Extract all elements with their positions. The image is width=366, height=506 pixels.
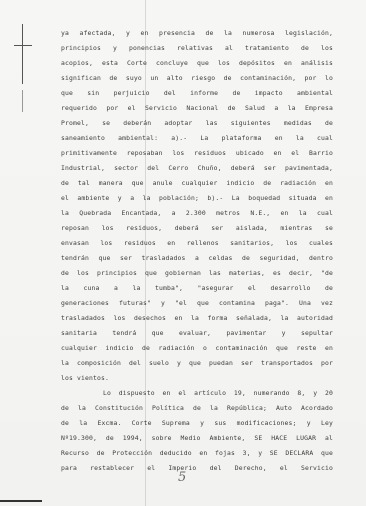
text-line: tendrán que ser trasladados a celdas de … [61, 251, 333, 266]
text-line: sanitaria tendrá que evaluar, pavimentar… [61, 326, 333, 341]
text-line: trasladados los desechos en la forma señ… [61, 311, 333, 326]
text-line: envasan los residuos en rellenos sanitar… [61, 236, 333, 251]
text-line: acopios, esta Corte concluye que los dep… [61, 56, 333, 71]
document-page: ya afectada, y en presencia de la numero… [0, 0, 366, 506]
text-line: significan de suyo un alto riesgo de con… [61, 71, 333, 86]
margin-line-mark [22, 90, 23, 112]
text-line: Lo dispuesto en el artículo 19, numerand… [61, 386, 333, 401]
text-line: de la Excma. Corte Suprema y sus modific… [61, 416, 333, 431]
margin-cross-bar-icon [14, 45, 32, 46]
text-line: saneamiento ambiental: a).- La plataform… [61, 131, 333, 146]
text-line: Recurso de Protección deducido en fojas … [61, 446, 333, 461]
text-line: que sin perjuicio del informe de impacto… [61, 86, 333, 101]
text-line: de los principios que gobiernan las mate… [61, 266, 333, 281]
text-line: generaciones futuras" y "el que contamin… [61, 296, 333, 311]
document-body: ya afectada, y en presencia de la numero… [61, 26, 333, 476]
text-line: para restablecer el Imperio del Derecho,… [61, 461, 333, 476]
page-number: 5 [178, 470, 186, 485]
text-line: la composición del suelo y que puedan se… [61, 356, 333, 371]
text-line: Nº19.300, de 1994, sobre Medio Ambiente,… [61, 431, 333, 446]
text-line: Promel, se deberán adoptar las siguiente… [61, 116, 333, 131]
text-line: reposan los residuos, deberá ser aislada… [61, 221, 333, 236]
text-line: de tal manera que anule cualquier indici… [61, 176, 333, 191]
text-line: el ambiente y a la población; b).- La bo… [61, 191, 333, 206]
text-line: ya afectada, y en presencia de la numero… [61, 26, 333, 41]
text-line: principios y ponencias relativas al trat… [61, 41, 333, 56]
text-line: cualquier indicio de radiación o contami… [61, 341, 333, 356]
text-line: primitivamente reposaban los residuos ub… [61, 146, 333, 161]
text-line: la cuna a la tumba", "asegurar el desarr… [61, 281, 333, 296]
text-line: Industrial, sector del Cerro Chuño, debe… [61, 161, 333, 176]
text-line: la Quebrada Encantada, a 2.300 metros N.… [61, 206, 333, 221]
bottom-edge-mark [0, 500, 42, 502]
text-line: los vientos. [61, 371, 333, 386]
text-line: requerido por el Servicio Nacional de Sa… [61, 101, 333, 116]
margin-cross-mark-icon [22, 24, 23, 84]
text-line: de la Constitución Política de la Repúbl… [61, 401, 333, 416]
